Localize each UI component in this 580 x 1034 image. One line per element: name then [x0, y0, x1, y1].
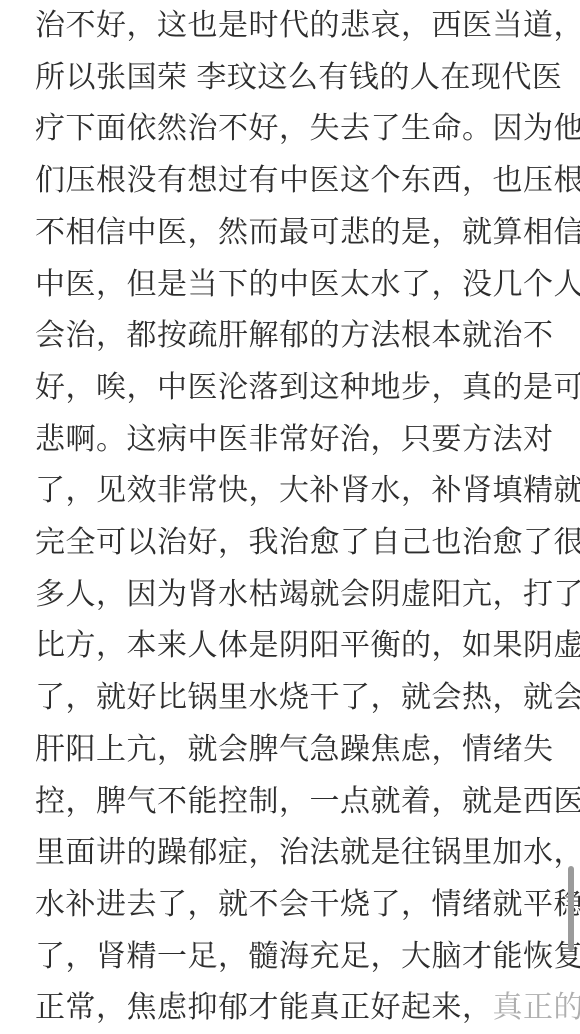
text-line: 不相信中医，然而最可悲的是，就算相信 [35, 207, 565, 259]
final-line-main: 正常，焦虑抑郁才能真正好起来， [35, 991, 493, 1024]
screenshot-page: 治不好，这也是时代的悲哀，西医当道， 所以张国荣 李玟这么有钱的人在现代医 疗下… [0, 0, 580, 1034]
text-line: 好，唉，中医沦落到这种地步，真的是可 [35, 362, 565, 414]
final-line-faded: 真正的 [493, 991, 580, 1024]
text-line: 完全可以治好，我治愈了自己也治愈了很 [35, 517, 565, 569]
text-line: 水补进去了，就不会干烧了，情绪就平稳 [35, 879, 565, 931]
scrollbar-thumb[interactable] [568, 866, 574, 951]
text-line: 们压根没有想过有中医这个东西，也压根 [35, 155, 565, 207]
article-text-block: 治不好，这也是时代的悲哀，西医当道， 所以张国荣 李玟这么有钱的人在现代医 疗下… [35, 0, 565, 1034]
text-line: 中医，但是当下的中医太水了，没几个人 [35, 259, 565, 311]
text-line: 了，肾精一足，髓海充足，大脑才能恢复 [35, 931, 565, 983]
text-line: 比方，本来人体是阴阳平衡的，如果阴虚 [35, 620, 565, 672]
text-line-final: 正常，焦虑抑郁才能真正好起来，真正的 [35, 982, 565, 1034]
text-line: 了，就好比锅里水烧干了，就会热，就会 [35, 672, 565, 724]
text-line: 多人，因为肾水枯竭就会阴虚阳亢，打了 [35, 569, 565, 621]
text-line: 肝阳上亢，就会脾气急躁焦虑，情绪失 [35, 724, 565, 776]
text-line: 疗下面依然治不好，失去了生命。因为他 [35, 103, 565, 155]
text-line: 控，脾气不能控制，一点就着，就是西医 [35, 776, 565, 828]
text-line: 所以张国荣 李玟这么有钱的人在现代医 [35, 52, 565, 104]
text-line: 悲啊。这病中医非常好治，只要方法对 [35, 414, 565, 466]
text-line: 会治，都按疏肝解郁的方法根本就治不 [35, 310, 565, 362]
text-line: 里面讲的躁郁症，治法就是往锅里加水， [35, 827, 565, 879]
text-line: 了，见效非常快，大补肾水，补肾填精就 [35, 465, 565, 517]
text-line: 治不好，这也是时代的悲哀，西医当道， [35, 0, 565, 52]
